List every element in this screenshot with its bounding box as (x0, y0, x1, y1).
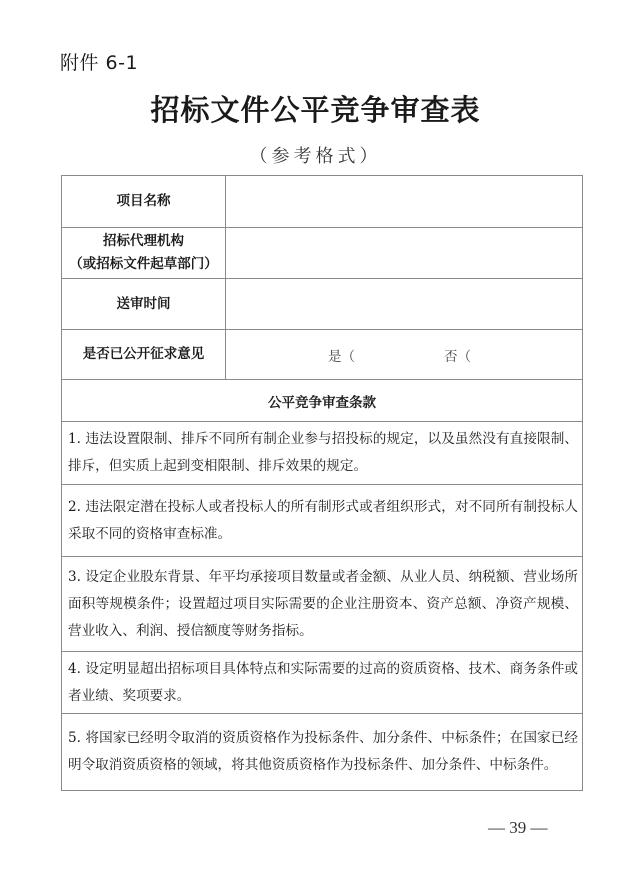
label-text: 项目名称 (117, 190, 171, 213)
project-name-field[interactable] (226, 176, 582, 227)
section-header-row: 公平竞争审查条款 (62, 379, 582, 421)
row-agency: 招标代理机构 （或招标文件起草部门） (62, 227, 582, 278)
public-consultation-options: 是（ 否（ (226, 330, 582, 379)
attachment-label: 附件 6-1 (60, 48, 138, 75)
project-name-label: 项目名称 (62, 176, 226, 227)
section-title: 公平竞争审查条款 (62, 380, 582, 421)
clause-1: 1. 违法设置限制、排斥不同所有制企业参与招投标的规定，以及虽然没有直接限制、排… (62, 422, 582, 484)
submission-time-field[interactable] (226, 279, 582, 329)
clause-row: 5. 将国家已经明令取消的资质资格作为投标条件、加分条件、中标条件；在国家已经明… (62, 713, 582, 790)
public-consultation-label: 是否已公开征求意见 (62, 330, 226, 379)
clause-4: 4. 设定明显超出招标项目具体特点和实际需要的过高的资质资格、技术、商务条件或者… (62, 652, 582, 713)
page-title: 招标文件公平竞争审查表 (0, 88, 631, 129)
label-text: 是否已公开征求意见 (83, 343, 205, 366)
page-subtitle: （参考格式） (0, 142, 631, 168)
page-number: — 39 — (488, 818, 548, 838)
yes-option[interactable]: 是（ (328, 345, 355, 365)
review-form-table: 项目名称 招标代理机构 （或招标文件起草部门） 送审时间 是否已公开征求意见 是… (61, 175, 583, 791)
row-project-name: 项目名称 (62, 176, 582, 227)
clause-row: 3. 设定企业股东背景、年平均承接项目数量或者金额、从业人员、纳税额、营业场所面… (62, 556, 582, 651)
clause-5: 5. 将国家已经明令取消的资质资格作为投标条件、加分条件、中标条件；在国家已经明… (62, 714, 582, 790)
clause-row: 4. 设定明显超出招标项目具体特点和实际需要的过高的资质资格、技术、商务条件或者… (62, 651, 582, 713)
label-line-2: （或招标文件起草部门） (69, 253, 218, 276)
clause-row: 2. 违法限定潜在投标人或者投标人的所有制形式或者组织形式，对不同所有制投标人采… (62, 484, 582, 556)
row-public-consultation: 是否已公开征求意见 是（ 否（ (62, 329, 582, 379)
clause-3: 3. 设定企业股东背景、年平均承接项目数量或者金额、从业人员、纳税额、营业场所面… (62, 557, 582, 651)
label-line-1: 招标代理机构 (103, 230, 184, 253)
label-text: 送审时间 (117, 293, 171, 316)
clause-row: 1. 违法设置限制、排斥不同所有制企业参与招投标的规定，以及虽然没有直接限制、排… (62, 421, 582, 484)
clause-2: 2. 违法限定潜在投标人或者投标人的所有制形式或者组织形式，对不同所有制投标人采… (62, 485, 582, 556)
agency-label: 招标代理机构 （或招标文件起草部门） (62, 228, 226, 278)
submission-time-label: 送审时间 (62, 279, 226, 329)
row-submission-time: 送审时间 (62, 278, 582, 329)
no-option[interactable]: 否（ (444, 345, 471, 365)
agency-field[interactable] (226, 228, 582, 278)
